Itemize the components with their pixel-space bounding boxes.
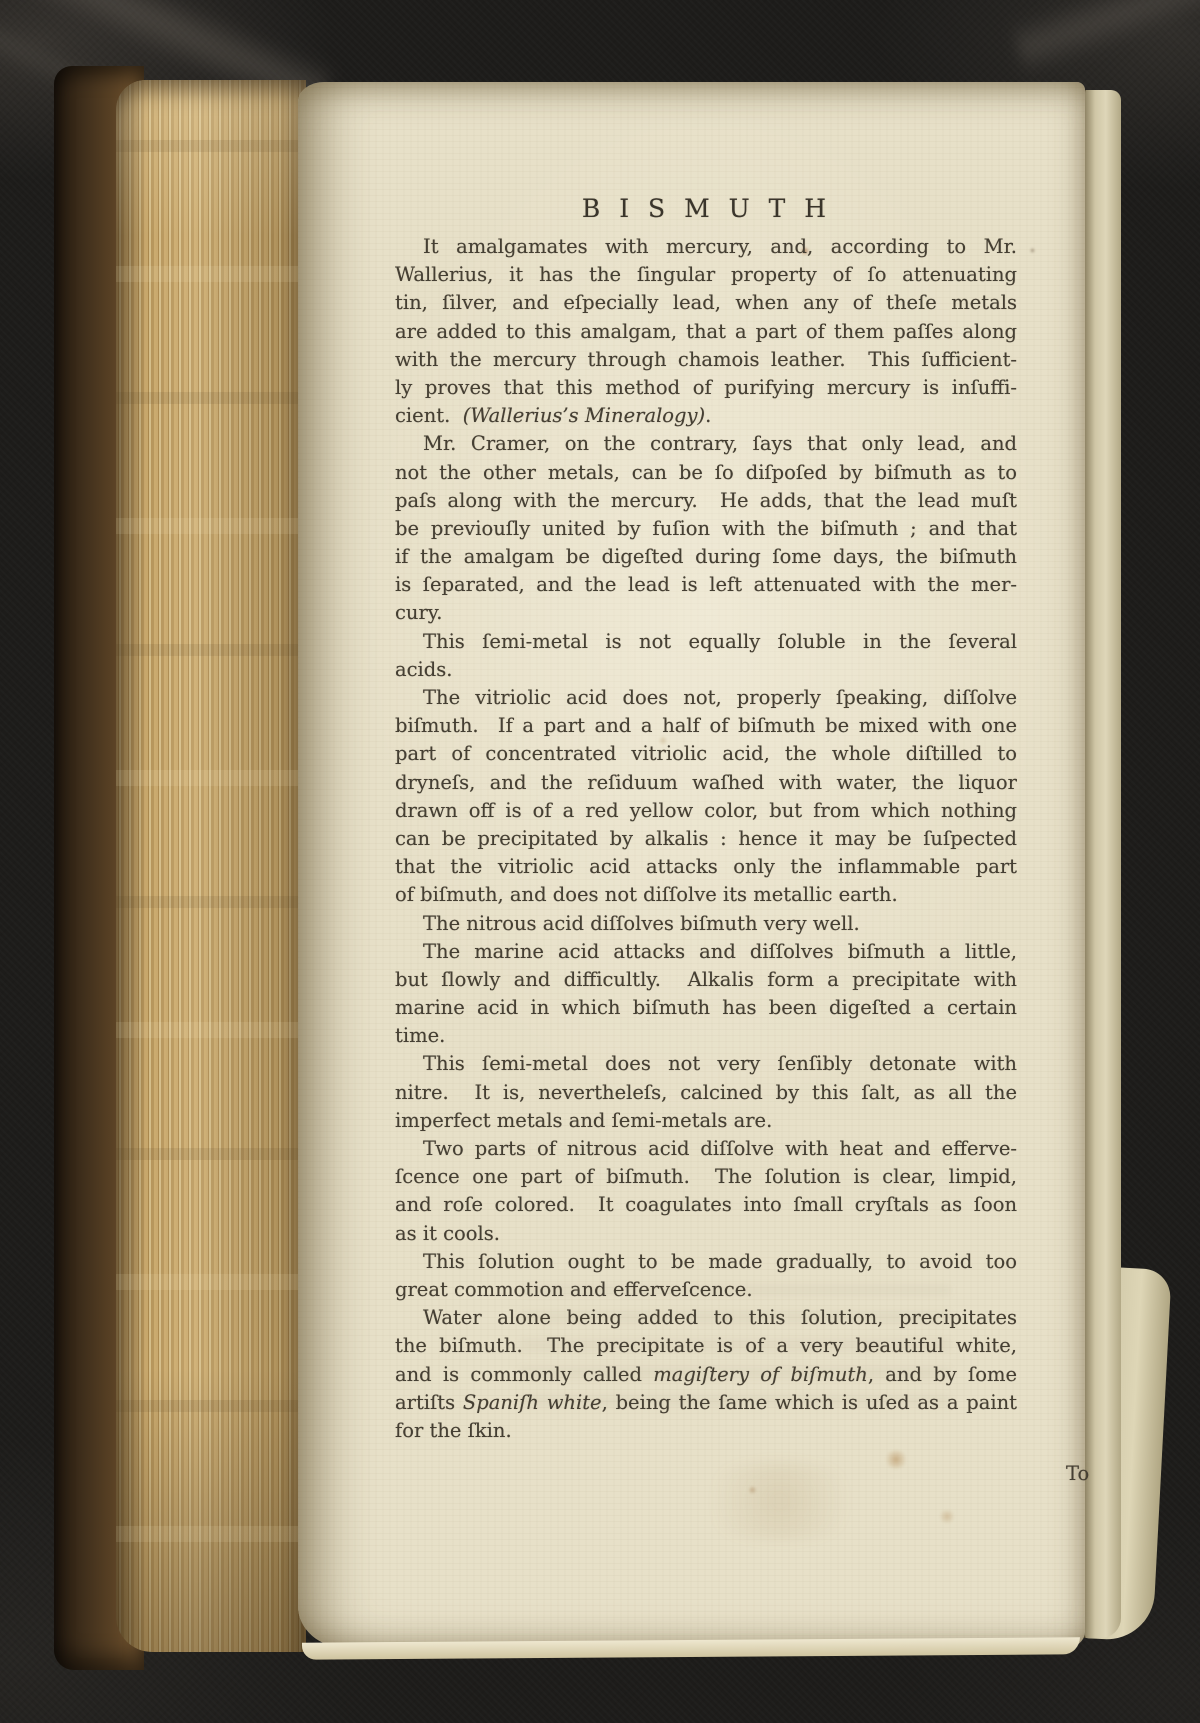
page-title: B I S M U T H bbox=[395, 194, 1017, 223]
text-line: nitre. It is, nevertheleſs, calcined by … bbox=[395, 1079, 1017, 1107]
italic-phrase: magiſtery of biſmuth bbox=[653, 1363, 868, 1386]
text-line: Mr. Cramer, on the contrary, ſays that o… bbox=[395, 430, 1017, 458]
italic-phrase: (Wallerius’s Mineralogy) bbox=[463, 404, 705, 427]
text-line: be previouſly united by fuſion with the … bbox=[395, 515, 1017, 543]
text-line: imperfect metals and ſemi-metals are. bbox=[395, 1107, 1017, 1135]
text-body: It amalgamates with mercury, and, accord… bbox=[395, 233, 1017, 1445]
paragraph: Two parts of nitrous acid diſſolve with … bbox=[395, 1135, 1017, 1248]
paragraph: This ſemi-metal does not very ſenſibly d… bbox=[395, 1050, 1017, 1135]
text-line: tin, ſilver, and eſpecially lead, when a… bbox=[395, 289, 1017, 317]
text-line: are added to this amalgam, that a part o… bbox=[395, 318, 1017, 346]
paragraph: It amalgamates with mercury, and, accord… bbox=[395, 233, 1017, 430]
text-line: This ſolution ought to be made gradually… bbox=[395, 1248, 1017, 1276]
paragraph: This ſemi-metal is not equally ſoluble i… bbox=[395, 628, 1017, 684]
text-line: but ſlowly and difficultly. Alkalis form… bbox=[395, 966, 1017, 994]
text-line: dryneſs, and the reſiduum waſhed with wa… bbox=[395, 769, 1017, 797]
text-line: The nitrous acid diſſolves biſmuth very … bbox=[395, 910, 1017, 938]
text-line: not the other metals, can be ſo diſpoſed… bbox=[395, 459, 1017, 487]
text-line: if the amalgam be digeſted during ſome d… bbox=[395, 543, 1017, 571]
text-line: It amalgamates with mercury, and, accord… bbox=[395, 233, 1017, 261]
paragraph: The vitriolic acid does not, properly ſp… bbox=[395, 684, 1017, 910]
text-line: drawn off is of a red yellow color, but … bbox=[395, 797, 1017, 825]
text-line: ſcence one part of biſmuth. The ſolution… bbox=[395, 1163, 1017, 1191]
text-line: The marine acid attacks and diſſolves bi… bbox=[395, 938, 1017, 966]
text-line: ly proves that this method of purifying … bbox=[395, 374, 1017, 402]
text-line: great commotion and efferveſcence. bbox=[395, 1276, 1017, 1304]
italic-phrase: Spaniſh white bbox=[463, 1391, 602, 1414]
text-line: acids. bbox=[395, 656, 1017, 684]
text-line: part of concentrated vitriolic acid, the… bbox=[395, 740, 1017, 768]
text-line: Wallerius, it has the ſingular property … bbox=[395, 261, 1017, 289]
text-line: of biſmuth, and does not diſſolve its me… bbox=[395, 881, 1017, 909]
text-line: cient. (Wallerius’s Mineralogy). bbox=[395, 402, 1017, 430]
text-line: cury. bbox=[395, 599, 1017, 627]
paragraph: The marine acid attacks and diſſolves bi… bbox=[395, 938, 1017, 1051]
text-line: This ſemi-metal does not very ſenſibly d… bbox=[395, 1050, 1017, 1078]
paragraph: This ſolution ought to be made gradually… bbox=[395, 1248, 1017, 1304]
text-line: and roſe colored. It coagulates into ſma… bbox=[395, 1191, 1017, 1219]
photo-scene: B I S M U T H It amalgamates with mercur… bbox=[0, 0, 1200, 1723]
paragraph: Mr. Cramer, on the contrary, ſays that o… bbox=[395, 430, 1017, 627]
text-line: paſs along with the mercury. He adds, th… bbox=[395, 487, 1017, 515]
text-line: as it cools. bbox=[395, 1220, 1017, 1248]
paragraph: The nitrous acid diſſolves biſmuth very … bbox=[395, 910, 1017, 938]
text-line: This ſemi-metal is not equally ſoluble i… bbox=[395, 628, 1017, 656]
text-line: time. bbox=[395, 1022, 1017, 1050]
paragraph: Water alone being added to this ſolution… bbox=[395, 1304, 1017, 1445]
text-line: that the vitriolic acid attacks only the… bbox=[395, 853, 1017, 881]
text-line: Two parts of nitrous acid diſſolve with … bbox=[395, 1135, 1017, 1163]
text-line: the biſmuth. The precipitate is of a ver… bbox=[395, 1332, 1017, 1360]
text-line: can be precipitated by alkalis : hence i… bbox=[395, 825, 1017, 853]
catchword: To bbox=[1066, 1462, 1089, 1485]
text-line: and is commonly called magiſtery of biſm… bbox=[395, 1361, 1017, 1389]
text-line: with the mercury through chamois leather… bbox=[395, 346, 1017, 374]
text-line: marine acid in which biſmuth has been di… bbox=[395, 994, 1017, 1022]
text-line: for the ſkin. bbox=[395, 1417, 1017, 1445]
page-text: B I S M U T H It amalgamates with mercur… bbox=[0, 0, 1200, 1723]
text-line: The vitriolic acid does not, properly ſp… bbox=[395, 684, 1017, 712]
text-line: biſmuth. If a part and a half of biſmuth… bbox=[395, 712, 1017, 740]
text-line: is ſeparated, and the lead is left atten… bbox=[395, 571, 1017, 599]
text-line: artiſts Spaniſh white, being the ſame wh… bbox=[395, 1389, 1017, 1417]
text-line: Water alone being added to this ſolution… bbox=[395, 1304, 1017, 1332]
